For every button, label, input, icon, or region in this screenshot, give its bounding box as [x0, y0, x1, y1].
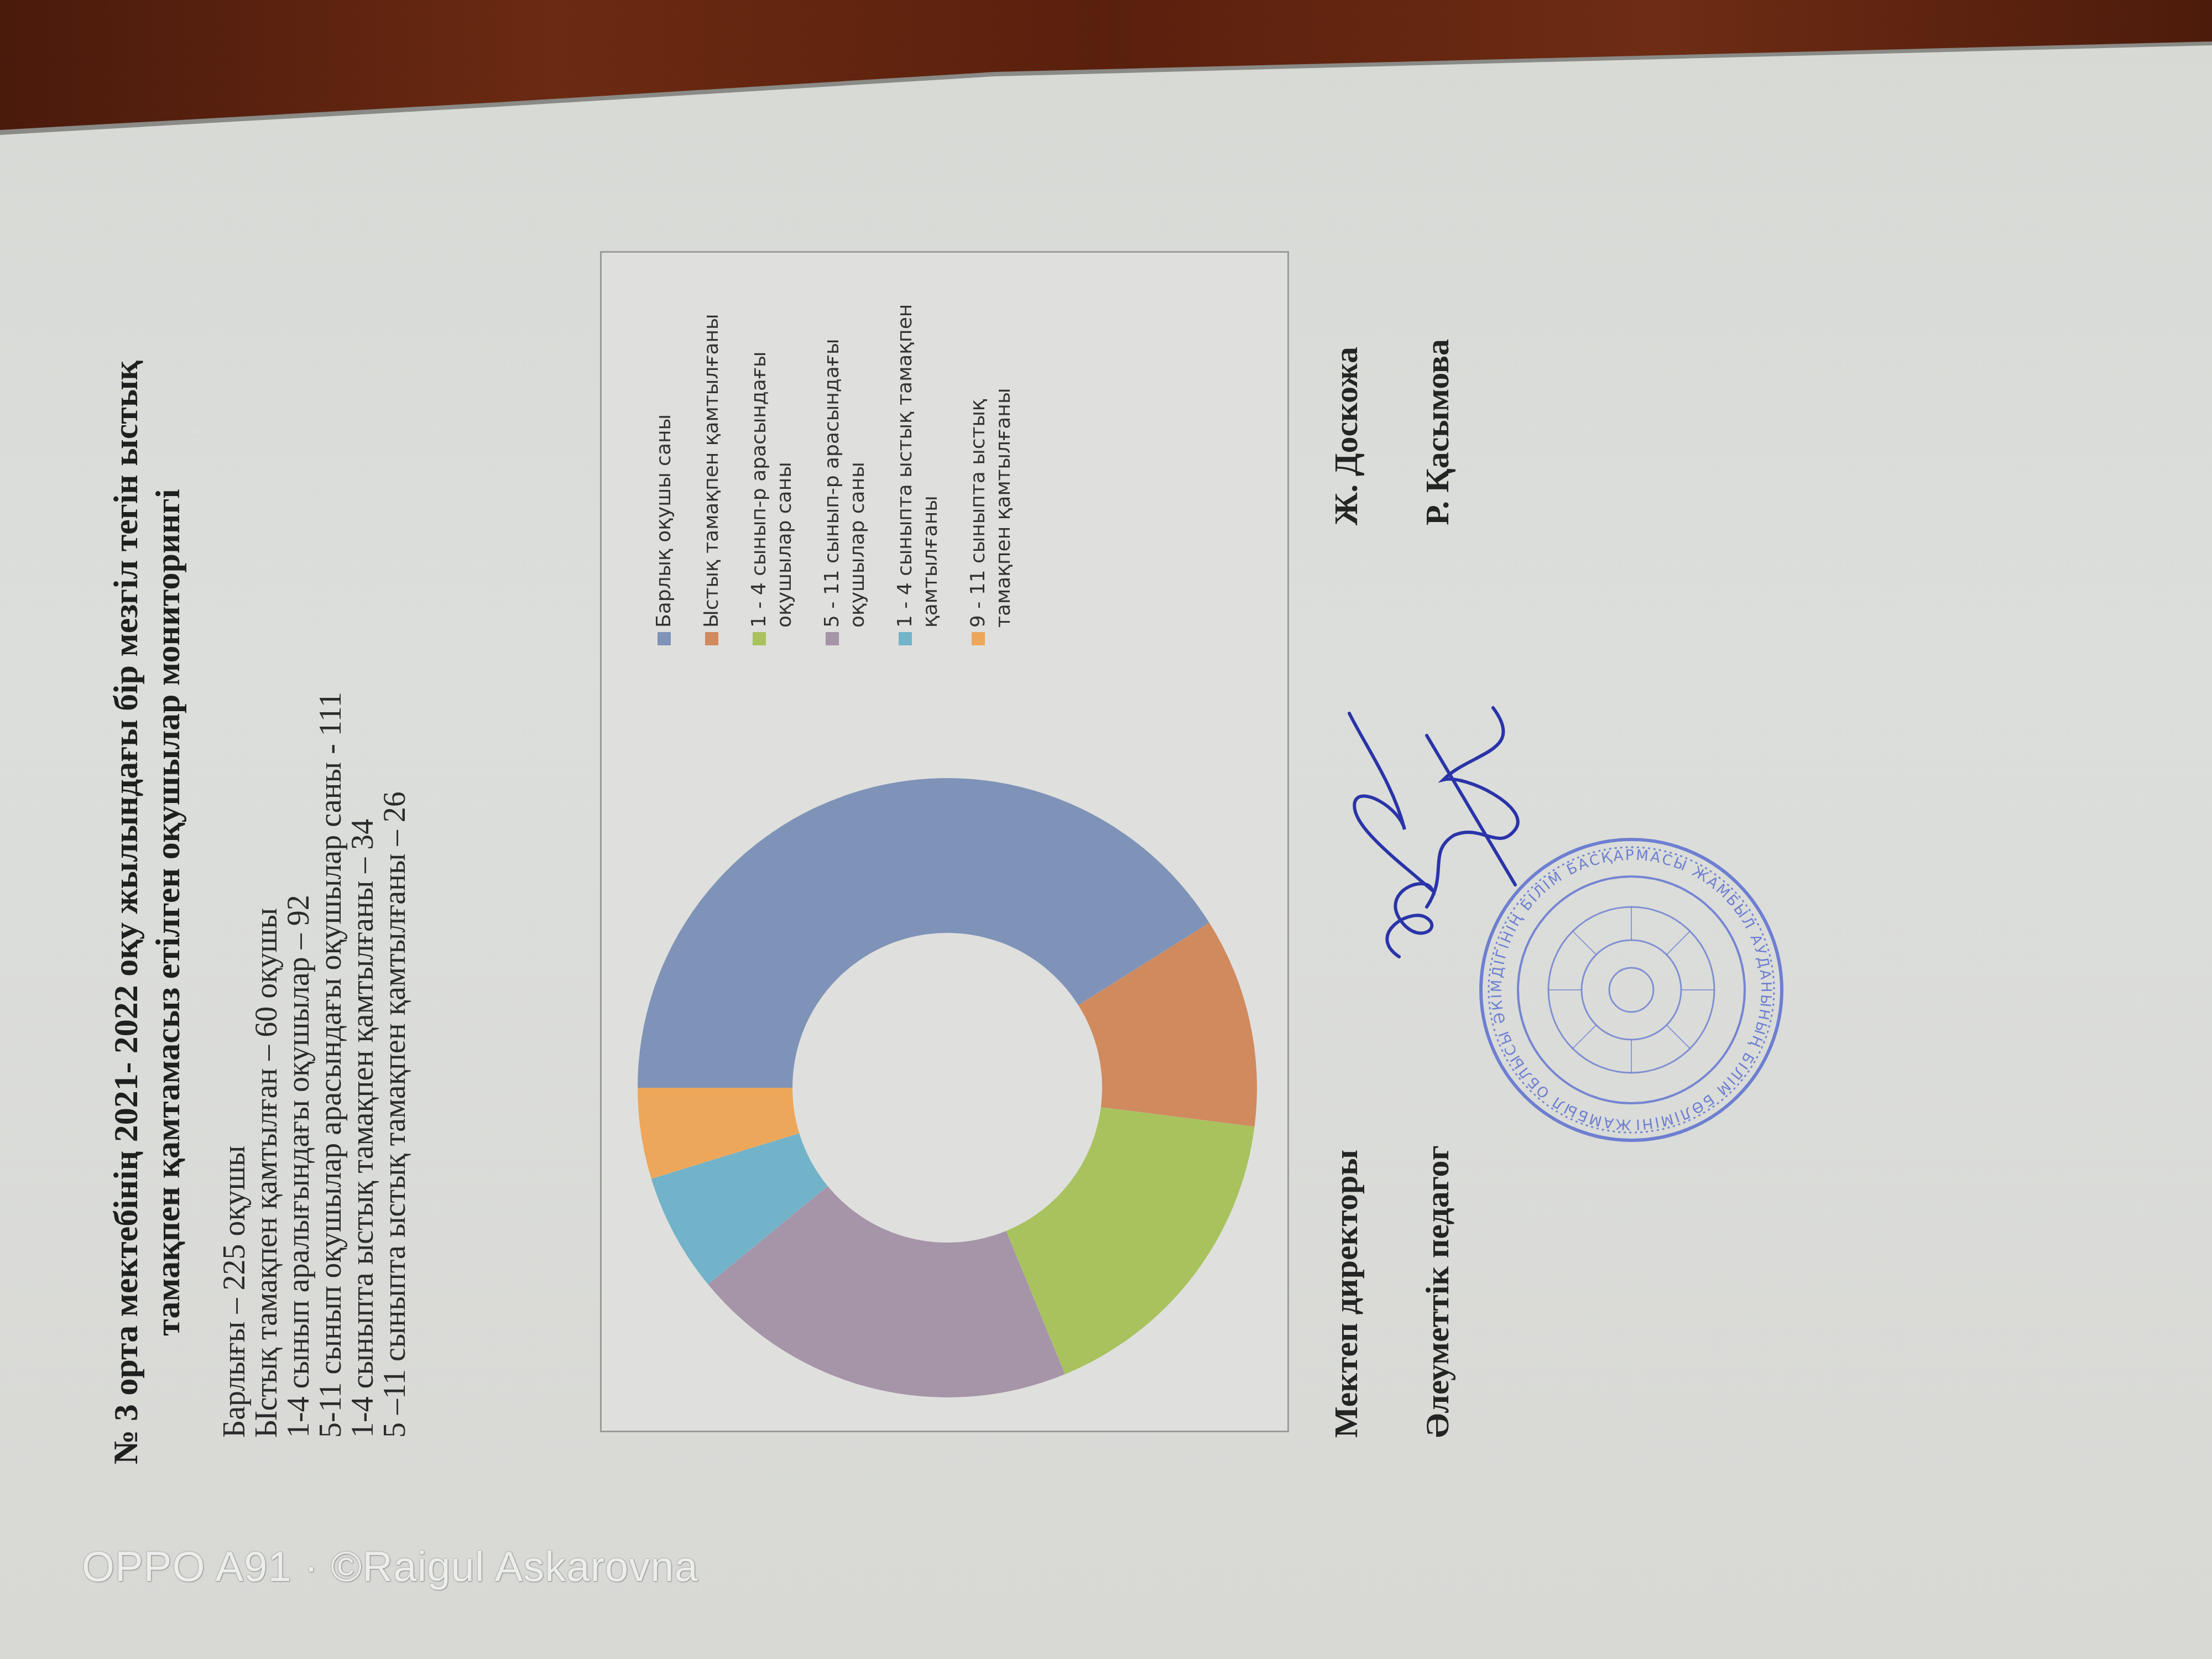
- title-line-1: № 3 орта мектебінің 2021- 2022 оқу жылын…: [105, 276, 147, 1548]
- legend-swatch-icon: [753, 632, 766, 645]
- legend-swatch-icon: [972, 632, 985, 645]
- legend-swatch-icon: [899, 632, 912, 645]
- stat-grades-1-4: 1-4 сынып аралығындағы оқушылар – 92: [283, 692, 315, 1438]
- chart-legend: Барлық оқушы саныЫстық тамақпен қамтылға…: [651, 258, 1039, 645]
- svg-text:ЖАМБЫЛ ОБЛЫСЫ ӘКІМДІГІНІҢ БІЛІ: ЖАМБЫЛ ОБЛЫСЫ ӘКІМДІГІНІҢ БІЛІМ БАСҚАРМА…: [1477, 847, 1774, 1145]
- legend-swatch-icon: [705, 632, 718, 645]
- document-title: № 3 орта мектебінің 2021- 2022 оқу жылын…: [105, 276, 189, 1548]
- legend-label: 1 - 4 сыныпта ыстық тамақпен қамтылғаны: [893, 304, 943, 628]
- stat-hot-meal-5-11: 5 –11 сыныпта ыстық тамақпен қамтылғаны …: [379, 692, 411, 1438]
- legend-label: Ыстық тамақпен қамтылғаны: [699, 314, 724, 628]
- legend-label: Барлық оқушы саны: [651, 414, 677, 628]
- donut-chart: [635, 775, 1260, 1400]
- legend-item: Ыстық тамақпен қамтылғаны: [699, 258, 724, 645]
- social-pedagogue-name: Р. Қасымова: [1418, 339, 1457, 525]
- title-line-2: тамақпен қамтамасыз етілген оқушылар мон…: [147, 276, 189, 1548]
- legend-label: 9 - 11 сыныпта ыстық тамақпен қамтылғаны: [966, 388, 1016, 628]
- stat-grades-5-11: 5-11 сынып оқушылар арасындағы оқушылар …: [315, 692, 347, 1438]
- legend-label: 1 - 4 сынып-р арасындағы оқушылар саны: [747, 352, 797, 628]
- stat-hot-meal: Ыстық тамақпен қамтылған – 60 оқушы: [251, 692, 283, 1438]
- legend-item: Барлық оқушы саны: [651, 258, 677, 645]
- legend-label: 5 - 11 сынып-р арасындағы оқушылар саны: [820, 339, 870, 628]
- official-stamp-icon: ЖАМБЫЛ ОБЛЫСЫ ӘКІМДІГІНІҢ БІЛІМ БАСҚАРМА…: [1477, 835, 1786, 1145]
- director-name: Ж. Доскожа: [1327, 347, 1365, 525]
- legend-item: 5 - 11 сынып-р арасындағы оқушылар саны: [820, 258, 870, 645]
- legend-item: 9 - 11 сыныпта ыстық тамақпен қамтылғаны: [966, 258, 1016, 645]
- director-role: Мектеп директоры: [1327, 1150, 1365, 1438]
- donut-chart-frame: Барлық оқушы саныЫстық тамақпен қамтылға…: [600, 251, 1289, 1432]
- stat-total: Барлығы – 225 оқушы: [218, 692, 251, 1438]
- legend-item: 1 - 4 сыныпта ыстық тамақпен қамтылғаны: [893, 258, 943, 645]
- stat-hot-meal-1-4: 1-4 сыныпта ыстық тамақпен қамтылғаны – …: [347, 692, 379, 1438]
- document-page: № 3 орта мектебінің 2021- 2022 оқу жылын…: [100, 111, 1759, 1548]
- legend-swatch-icon: [658, 632, 671, 645]
- legend-item: 1 - 4 сынып-р арасындағы оқушылар саны: [747, 258, 797, 645]
- camera-watermark: OPPO A91 · ©Raigul Askarovna: [82, 1543, 698, 1591]
- social-pedagogue-role: Әлеуметтік педагог: [1418, 1145, 1457, 1438]
- legend-swatch-icon: [826, 632, 839, 645]
- stats-list: Барлығы – 225 оқушы Ыстық тамақпен қамты…: [218, 692, 411, 1438]
